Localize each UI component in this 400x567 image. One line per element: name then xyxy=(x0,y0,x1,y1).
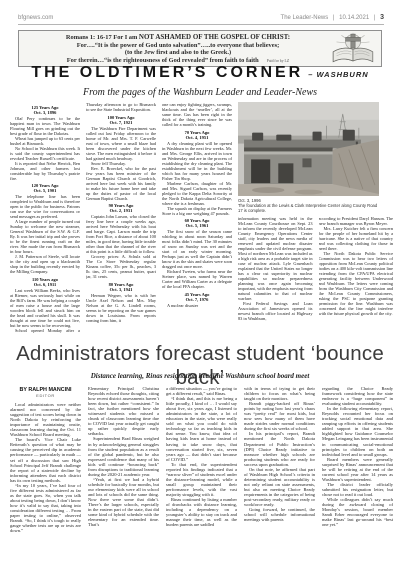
issue-date: 10.14.2021 xyxy=(339,15,369,21)
body-paragraph: Olaf Pery continues to be the happiest m… xyxy=(10,116,80,136)
ad-line-4-text: For therein…“is the righteousness of God… xyxy=(67,57,259,64)
oldtimers-lower-columns: information meeting was held in the McLe… xyxy=(238,216,393,333)
oldtimers-title-text: THE OLDTIMER’S CORNER xyxy=(31,64,303,81)
years-ago-heading: 125 Years AgoOct. 3, 1896 xyxy=(10,105,80,115)
body-paragraph: Elementary Principal Christina Reynolds … xyxy=(88,386,159,436)
website-url: bfgnews.com xyxy=(18,15,53,21)
body-paragraph: In the following elementary report, Reyn… xyxy=(322,406,393,456)
years-ago-heading: 80 Years AgoOct. 3, 1941 xyxy=(86,282,156,292)
body-paragraph: with in terms of trying to get their chi… xyxy=(244,386,315,401)
body-paragraph: First Federal Savings and Loan Associati… xyxy=(238,301,313,321)
body-paragraph: On that note, he affirmed that part of W… xyxy=(244,467,315,507)
body-paragraph: information meeting was held in the McLe… xyxy=(238,216,313,301)
oldtimers-column-1: 125 Years AgoOct. 3, 1896Olaf Pery conti… xyxy=(10,102,80,333)
body-paragraph: Captain John Larson, who closed the ferr… xyxy=(86,214,156,254)
body-paragraph: “In my 10 years, I’ve had four of five d… xyxy=(10,483,81,533)
separator: | xyxy=(333,15,335,21)
photo-caption-text: The foundation at the Lewis & Clark Inte… xyxy=(238,203,379,213)
article-column-4: with in terms of trying to get their chi… xyxy=(244,386,315,562)
page-number: 3 xyxy=(380,14,384,21)
body-paragraph: Local administrators were neither alarme… xyxy=(10,402,81,437)
body-paragraph: The telephone line has been completed to… xyxy=(10,194,80,219)
bible-cross-icon xyxy=(328,32,378,65)
body-paragraph: In his principal’s report, Brandt mentio… xyxy=(244,431,315,466)
body-paragraph: Wheat has jumped up to 63 cents per bush… xyxy=(10,136,80,146)
years-ago-heading: 120 Years AgoOct. 5, 1901 xyxy=(10,183,80,193)
body-paragraph: To that end, the superintendent reported… xyxy=(166,462,237,497)
page-header: bfgnews.com The Leader-News | 10.14.2021… xyxy=(18,14,384,25)
body-paragraph: The Washburn Fire Department was called … xyxy=(86,126,156,161)
article-headline: Administrators forecast student ‘bounce … xyxy=(0,342,400,390)
body-paragraph: Mrs. Larry Kutcher felt a firm concern f… xyxy=(319,226,394,251)
article-subhead: Distance learning, Rinas resignation hea… xyxy=(0,372,400,380)
body-paragraph: It is reported that Nelse Herrick, Ben J… xyxy=(10,161,80,181)
body-paragraph: A nuclear disaster xyxy=(162,303,232,308)
body-paragraph: Brandt piggy-backed off Rinas’ points by… xyxy=(244,401,315,431)
ad-line-1: Romans 1: 16-17 For I am NOT ASHAMED OF … xyxy=(29,34,327,42)
oldtimers-column-3: one can enjoy fighting jiggers, swamps, … xyxy=(162,102,232,333)
body-paragraph: J. M. Patterson of Steele, will locate i… xyxy=(10,254,80,274)
oldtimers-title: THE OLDTIMER’S CORNER– WASHBURN xyxy=(0,64,400,82)
body-paragraph: Rev. E. Broeckel, who for the past few y… xyxy=(86,166,156,201)
body-paragraph: according to President Daryl Hanson. The… xyxy=(319,216,394,226)
ad-verse-emphasis: NOT ASHAMED OF THE GOSPEL OF CHRIST: xyxy=(139,33,290,41)
body-paragraph: The board’s Vice Chair Luke Retterath’s … xyxy=(10,437,81,482)
body-paragraph: Last week William Beeks, who lives at Ri… xyxy=(10,288,80,328)
article-column-1-text: Local administrators were neither alarme… xyxy=(10,402,81,533)
body-paragraph: Richard Tweten, who farms near the Stein… xyxy=(162,269,232,289)
body-paragraph: A large number of people turned out Sund… xyxy=(10,219,80,254)
article-column-2: Elementary Principal Christina Reynolds … xyxy=(88,386,159,562)
article-column-1: BY RALPH MANCINI EDITOR Local administra… xyxy=(10,386,81,562)
body-paragraph: Superintendent Brad Rinas weighed in by … xyxy=(88,436,159,476)
oldtimers-column-4: information meeting was held in the McLe… xyxy=(238,216,313,333)
body-paragraph: regarding the Choice Ready framework con… xyxy=(322,386,393,406)
body-paragraph: Marlene Carlson, daughter of Mr. and Mrs… xyxy=(162,181,232,206)
body-paragraph: Grocery prices: A. Schulz sold at The Co… xyxy=(86,254,156,279)
years-ago-heading: 70 Years AgoOct. 4, 1951 xyxy=(162,130,232,140)
body-paragraph: The first snow of the season came whirli… xyxy=(162,229,232,269)
ad-line-3: (to the Jew first and also to the Greek.… xyxy=(29,49,327,57)
body-paragraph: The squash on display at the Farmers Sto… xyxy=(162,206,232,216)
body-paragraph: a different situation — you’re going to … xyxy=(166,386,237,396)
ad-line-2: For….“It is the power of God unto salvat… xyxy=(29,42,327,50)
oldtimers-title-location: – WASHBURN xyxy=(308,70,368,79)
years-ago-heading: 45 Years AgoOct. 7, 1976 xyxy=(162,292,232,302)
body-paragraph: No School in Washburn this week. It is s… xyxy=(10,146,80,161)
article-section: BY RALPH MANCINI EDITOR Local administra… xyxy=(10,386,393,562)
body-paragraph: A dry cleaning plant will be opened in W… xyxy=(162,141,232,181)
body-paragraph: “I think that, and this is me being a li… xyxy=(166,396,237,462)
body-paragraph: one can enjoy fighting jiggers, swamps, … xyxy=(162,102,232,127)
years-ago-heading: 110 Years agoOct. 6, 1911 xyxy=(10,277,80,287)
body-paragraph: Rinas continued by listing a number of d… xyxy=(166,497,237,527)
separator: | xyxy=(374,15,376,21)
article-byline-title: EDITOR xyxy=(10,393,81,398)
body-paragraph: Going forward, he continued, the school … xyxy=(244,507,315,522)
body-paragraph: While colleagues didn’t say much during … xyxy=(322,497,393,527)
page-info: The Leader-News | 10.14.2021 | 3 xyxy=(278,14,384,21)
masthead: The Leader-News xyxy=(281,15,329,21)
oldtimers-subtitle: From the pages of the Washburn Leader an… xyxy=(0,87,400,98)
ad-paid-by: Paid for by LZ xyxy=(267,59,289,63)
scripture-ad: Romans 1: 16-17 For I am NOT ASHAMED OF … xyxy=(18,30,382,67)
body-paragraph: Herman Wegner, who is with her Uncle Axe… xyxy=(86,293,156,323)
years-ago-heading: 90 Years AgoOct. 2, 1931 xyxy=(86,203,156,213)
oldtimers-column-2: Thursday afternoon to go to Bismarck to … xyxy=(86,102,156,333)
foundation-photo xyxy=(238,102,379,196)
oldtimers-column-5: according to President Daryl Hanson. The… xyxy=(319,216,394,333)
oldtimers-section: 125 Years AgoOct. 3, 1896Olaf Pery conti… xyxy=(10,102,393,333)
body-paragraph: The North Dakota Public Service Commissi… xyxy=(319,251,394,316)
body-paragraph: Thursday afternoon to go to Bismarck to … xyxy=(86,102,156,112)
article-column-3: a different situation — you’re going to … xyxy=(166,386,237,562)
body-paragraph: Board members were generally surprised b… xyxy=(322,457,393,482)
years-ago-heading: 60 Years AgoOct. 5, 1961 xyxy=(162,218,232,228)
article-column-5: regarding the Choice Ready framework con… xyxy=(322,386,393,562)
oldtimers-photo-block: Oct. 3, 1996 The foundation at the Lewis… xyxy=(238,102,393,333)
years-ago-heading: 100 Years AgoOct. 7, 1921 xyxy=(86,115,156,125)
body-paragraph: “Yeah, at first we had a hybrid schedule… xyxy=(88,477,159,527)
body-paragraph: The district leader officially submitted… xyxy=(322,482,393,497)
photo-caption: Oct. 3, 1996 The foundation at the Lewis… xyxy=(238,198,379,213)
ad-verse-ref: Romans 1: 16-17 For I am xyxy=(66,34,139,41)
body-paragraph: School opened Monday after a weeks vacat… xyxy=(10,328,80,333)
